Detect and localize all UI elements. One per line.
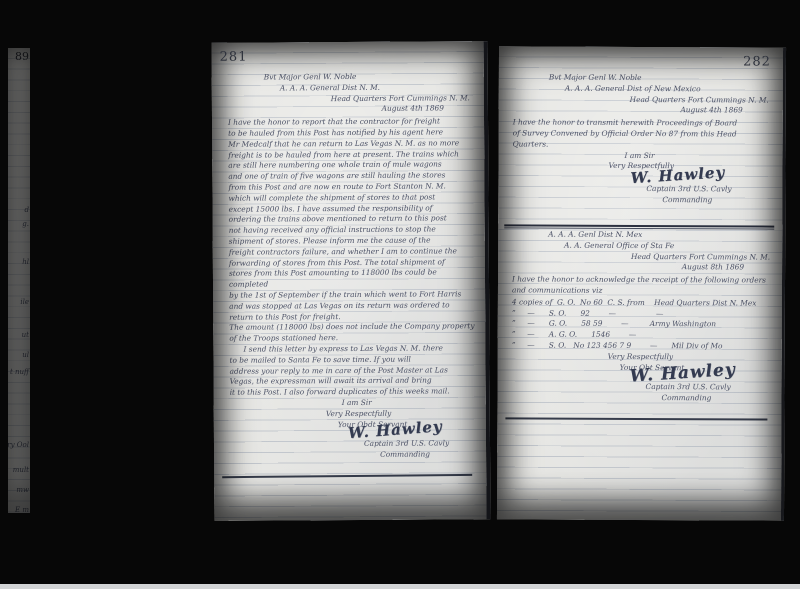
- ink-fragment: ut: [22, 331, 29, 339]
- closing-line: I am Sir: [625, 151, 773, 162]
- letter-end-rule: [222, 474, 472, 478]
- signature-role: Commanding: [661, 393, 773, 404]
- ink-fragment: ul: [22, 351, 29, 359]
- letter-freight-report: Bvt Major Genl W. Noble A. A. A. General…: [228, 71, 476, 461]
- page-number: 282: [743, 54, 771, 69]
- closing-line: I am Sir: [342, 397, 476, 409]
- ink-fragment: mw: [16, 486, 29, 494]
- signature: W. Hawley: [629, 365, 736, 383]
- addressee-line: A. A. A. Genl Dist N. Mex: [548, 230, 774, 242]
- letter-board-of-survey: Bvt Major Genl W. Noble A. A. A. General…: [512, 72, 773, 206]
- letter-body: I have the honor to acknowledge the rece…: [512, 275, 774, 298]
- microfilm-scan: 89 d g. hl ile ut ul t nuff bry Ool mult…: [0, 0, 800, 589]
- ink-fragment: t nuff: [10, 368, 29, 376]
- ink-fragment: hl: [22, 258, 29, 266]
- letter-body: I have the honor to transmit herewith Pr…: [513, 118, 773, 152]
- addressee-title: A. A. A. General Dist of New Mexico: [565, 83, 773, 95]
- signature-rank: Captain 3rd U.S. Cavly: [646, 184, 772, 195]
- letter-orders-received: A. A. A. Genl Dist N. Mex A. A. General …: [511, 229, 774, 404]
- ledger-page-281: 281 Bvt Major Genl W. Noble A. A. A. Gen…: [212, 41, 491, 521]
- ink-fragment: ile: [20, 298, 29, 306]
- previous-page-edge: 89 d g. hl ile ut ul t nuff bry Ool mult…: [8, 48, 30, 513]
- addressee-line: Bvt Major Genl W. Noble: [549, 73, 773, 85]
- ink-fragment: mult: [13, 466, 29, 474]
- signature-role: Commanding: [662, 195, 772, 206]
- previous-page-number-fragment: 89: [15, 50, 29, 63]
- addressee-title: A. A. General Office of Sta Fe: [564, 240, 774, 252]
- film-edge-strip: [0, 584, 800, 589]
- ink-fragment: bry Ool: [8, 441, 29, 449]
- letter-end-rule: [505, 417, 767, 420]
- ink-fragment: d: [25, 206, 29, 214]
- letter-body: I have the honor to report that the cont…: [228, 116, 476, 398]
- ink-fragment: g.: [22, 220, 29, 228]
- ink-fragment: E m: [15, 506, 29, 513]
- date-line: August 8th 1869: [512, 262, 774, 274]
- signature-role: Commanding: [380, 449, 476, 460]
- closing-line: Very Respectfully: [608, 352, 774, 364]
- date-line: August 4th 1869: [513, 105, 773, 117]
- date-line: August 4th 1869: [228, 104, 474, 116]
- signature-rank: Captain 3rd U.S. Cavly: [364, 438, 476, 449]
- signature: W. Hawley: [630, 167, 725, 184]
- orders-received-list: 4 copies of G. O. No 60 C. S. from Head …: [512, 297, 774, 352]
- page-number: 281: [220, 50, 248, 65]
- ledger-page-282: 282 Bvt Major Genl W. Noble A. A. A. Gen…: [497, 46, 786, 520]
- signature: W. Hawley: [348, 421, 443, 439]
